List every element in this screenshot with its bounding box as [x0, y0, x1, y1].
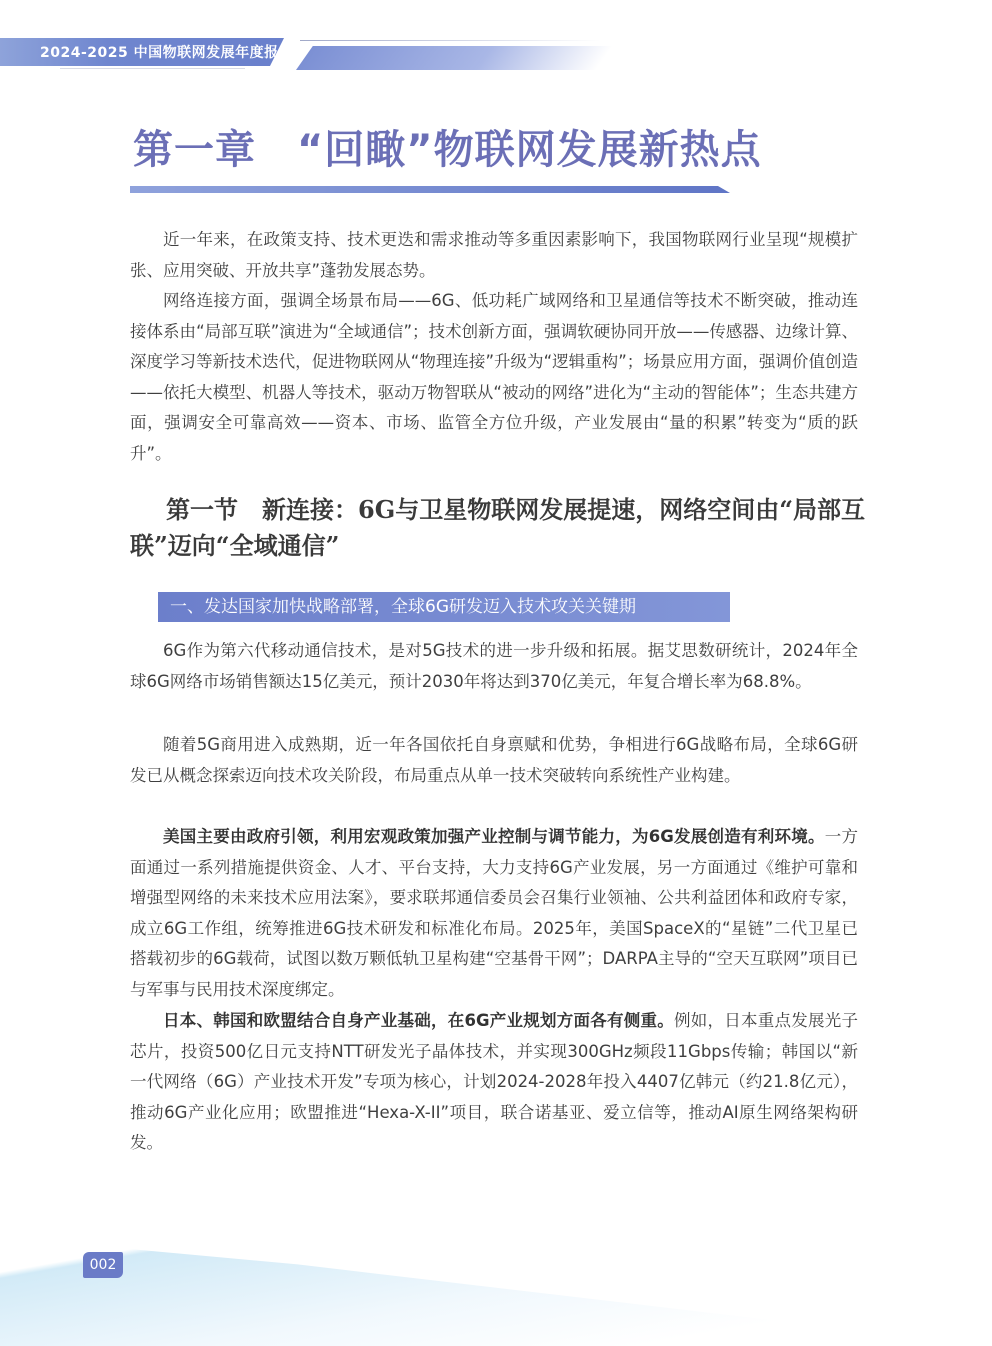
body-paragraph-1-text: 6G作为第六代移动通信技术，是对5G技术的进一步升级和拓展。据艾思数研统计，20…: [130, 641, 858, 691]
body-paragraph-2: 随着5G商用进入成熟期，近一年各国依托自身禀赋和优势，争相进行6G战略布局，全球…: [130, 730, 858, 791]
intro-paragraph-2: 网络连接方面，强调全场景布局——6G、低功耗广域网络和卫星通信等技术不断突破，推…: [130, 286, 858, 469]
body-paragraph-3-lead: 美国主要由政府引领，利用宏观政策加强产业控制与调节能力，为6G发展创造有利环境。: [163, 827, 825, 846]
report-title: 2024-2025 中国物联网发展年度报告: [40, 42, 293, 62]
intro-paragraph-1: 近一年来，在政策支持、技术更迭和需求推动等多重因素影响下，我国物联网行业呈现“规…: [130, 225, 858, 286]
body-paragraph-2-text: 随着5G商用进入成熟期，近一年各国依托自身禀赋和优势，争相进行6G战略布局，全球…: [130, 735, 858, 785]
body-paragraph-1: 6G作为第六代移动通信技术，是对5G技术的进一步升级和拓展。据艾思数研统计，20…: [130, 636, 858, 697]
body-paragraph-3: 美国主要由政府引领，利用宏观政策加强产业控制与调节能力，为6G发展创造有利环境。…: [130, 822, 858, 1005]
header-line: [300, 40, 600, 41]
body-paragraph-4-lead: 日本、韩国和欧盟结合自身产业基础，在6G产业规划方面各有侧重。: [163, 1011, 674, 1030]
subsection-title: 一、发达国家加快战略部署，全球6G研发迈入技术攻关关键期: [170, 595, 636, 619]
body-paragraph-4: 日本、韩国和欧盟结合自身产业基础，在6G产业规划方面各有侧重。例如，日本重点发展…: [130, 1006, 858, 1159]
body-paragraph-4-text: 例如，日本重点发展光子芯片，投资500亿日元支持NTT研发光子晶体技术，并实现3…: [130, 1011, 858, 1152]
body-paragraph-3-text: 一方面通过一系列措施提供资金、人才、平台支持，大力支持6G产业发展，另一方面通过…: [130, 827, 858, 999]
page-number: 002: [83, 1252, 123, 1278]
header-underline: [60, 68, 245, 69]
header-decoration: [296, 46, 613, 70]
chapter-title: 第一章 “回瞰”物联网发展新热点: [133, 118, 762, 175]
section-title: 第一节 新连接：6G与卫星物联网发展提速，网络空间由“局部互联”迈向“全域通信”: [130, 492, 865, 564]
chapter-rule: [130, 186, 730, 193]
bottom-decoration: [0, 1210, 992, 1346]
